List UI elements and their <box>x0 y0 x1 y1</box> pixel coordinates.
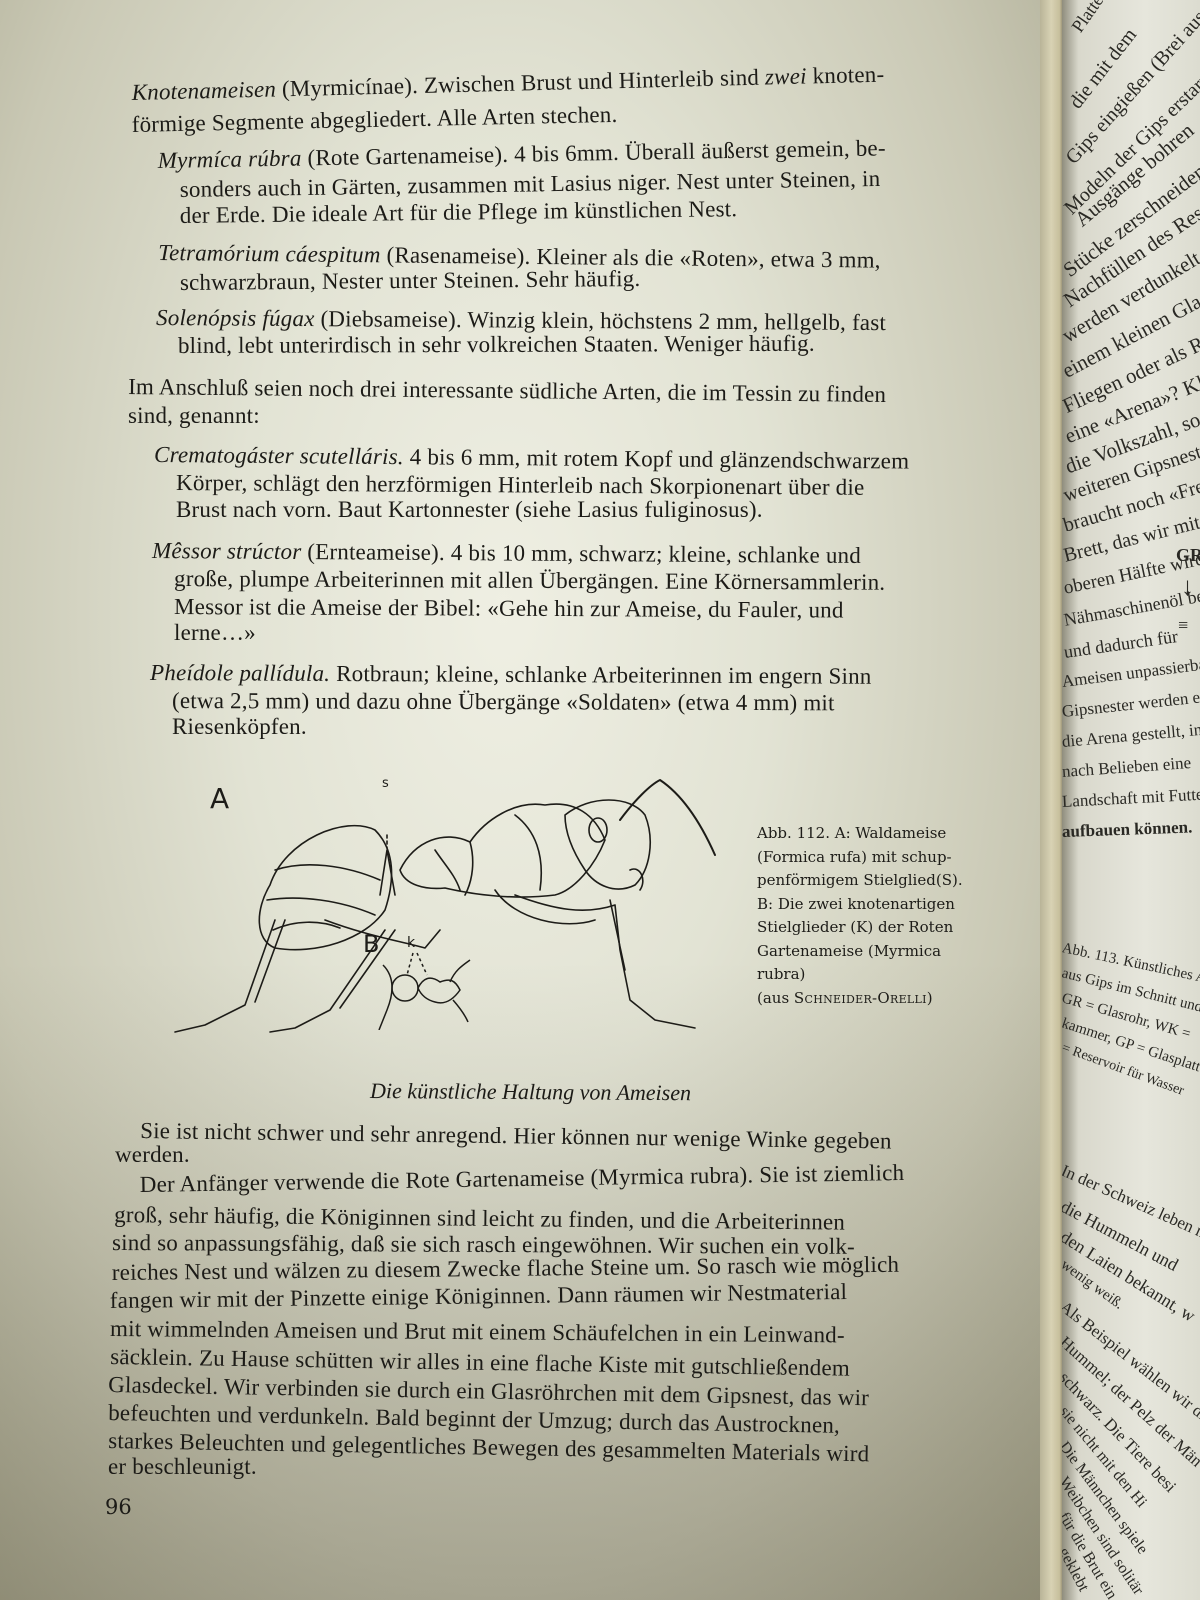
facing-line: Gipsnester werden ein- <box>1062 686 1200 722</box>
facing-line: die Arena gestellt, in <box>1062 720 1200 752</box>
species-text-line: Messor ist die Ameise der Bibel: «Gehe h… <box>174 594 844 624</box>
facing-page-strip: Platte die mit dem Gips eingießen (Brei … <box>1062 0 1200 1600</box>
paragraph-1-line: Sie ist nicht schwer und sehr anregend. … <box>140 1118 892 1154</box>
diagram-lines-icon: ≡ <box>1178 615 1188 636</box>
species-entry-messor: Mêssor strúctor (Ernteameise). 4 bis 10 … <box>152 538 861 569</box>
species-text-line: der Erde. Die ideale Art für die Pflege … <box>180 196 738 229</box>
paragraph-1-line: werden. <box>115 1142 190 1168</box>
caption-line: Stielglieder (K) der Roten <box>757 916 992 940</box>
figure-label-k: k <box>407 935 415 951</box>
page-number: 96 <box>105 1495 132 1519</box>
facing-line: Landschaft mit Futterstel- <box>1062 783 1200 812</box>
caption-line: B: Die zwei knotenartigen <box>757 893 992 917</box>
facing-line: nach Belieben eine <box>1062 753 1192 782</box>
figure-caption: Abb. 112. A: Waldameise (Formica rufa) m… <box>757 822 992 1010</box>
species-text-line: (etwa 2,5 mm) und dazu ohne Übergänge «S… <box>172 688 835 716</box>
species-name: Solenópsis fúgax <box>156 305 315 331</box>
petiole-nodes-icon <box>365 950 485 1030</box>
species-entry-pheidole: Pheídole pallídula. Rotbraun; kleine, sc… <box>150 660 872 690</box>
transition-line-2: sind, genannt: <box>128 403 260 429</box>
emphasis: zwei <box>765 64 807 90</box>
paragraph-2-line: er beschleunigt. <box>108 1454 257 1480</box>
species-name: Myrmíca rúbra <box>158 145 302 173</box>
caption-line: Gartenameise (Myrmica <box>757 940 992 964</box>
species-text-line: blind, lebt unterirdisch in sehr volkrei… <box>178 331 815 359</box>
intro-line-2: förmige Segmente abgegliedert. Alle Arte… <box>131 102 617 138</box>
section-heading: Die künstliche Haltung von Ameisen <box>370 1078 691 1106</box>
species-text-line: Brust nach vorn. Baut Kartonnester (sieh… <box>176 497 763 523</box>
species-text-line: lerne…» <box>174 620 256 646</box>
species-text-line: Riesenköpfen. <box>172 714 307 740</box>
species-name: Mêssor strúctor <box>152 538 301 564</box>
facing-line: aufbauen können. <box>1062 817 1193 842</box>
term-knotenameisen: Knotenameisen <box>131 76 276 105</box>
page-body: Knotenameisen (Myrmicínae). Zwischen Bru… <box>0 0 1040 1600</box>
paragraph-2-line: mit wimmelnden Ameisen und Brut mit eine… <box>110 1316 845 1348</box>
figure-label-s: s <box>382 776 389 791</box>
species-name: Pheídole pallídula. <box>150 660 330 686</box>
species-name: Crematogáster scutelláris. <box>154 442 404 469</box>
paragraph-2-line: Der Anfänger verwende die Rote Gartename… <box>140 1160 905 1198</box>
species-text-line: schwarzbraun, Nester unter Steinen. Sehr… <box>180 266 641 296</box>
caption-author: Schneider-Orelli <box>794 989 927 1007</box>
arrow-down-icon: ↓ <box>1181 572 1194 602</box>
caption-line: Abb. 112. A: Waldameise <box>757 822 992 846</box>
caption-line: (Formica rufa) mit schup- <box>757 846 992 870</box>
ant-illustration-figure: A s B k <box>95 770 725 1040</box>
species-name: Tetramórium cáespitum <box>158 240 381 267</box>
caption-line: rubra) <box>757 963 992 987</box>
figure-label-a: A <box>210 782 229 815</box>
facing-line: Platte <box>1067 0 1108 37</box>
facing-line: und dadurch für <box>1063 626 1180 663</box>
caption-line: penförmigem Stielglied(S). <box>757 869 992 893</box>
species-text-line: große, plumpe Arbeiterinnen mit allen Üb… <box>174 566 885 596</box>
facing-diagram-label: GR <box>1176 545 1200 566</box>
intro-line-1: Knotenameisen (Myrmicínae). Zwischen Bru… <box>131 62 884 106</box>
caption-source: (aus Schneider-Orelli) <box>757 987 992 1011</box>
